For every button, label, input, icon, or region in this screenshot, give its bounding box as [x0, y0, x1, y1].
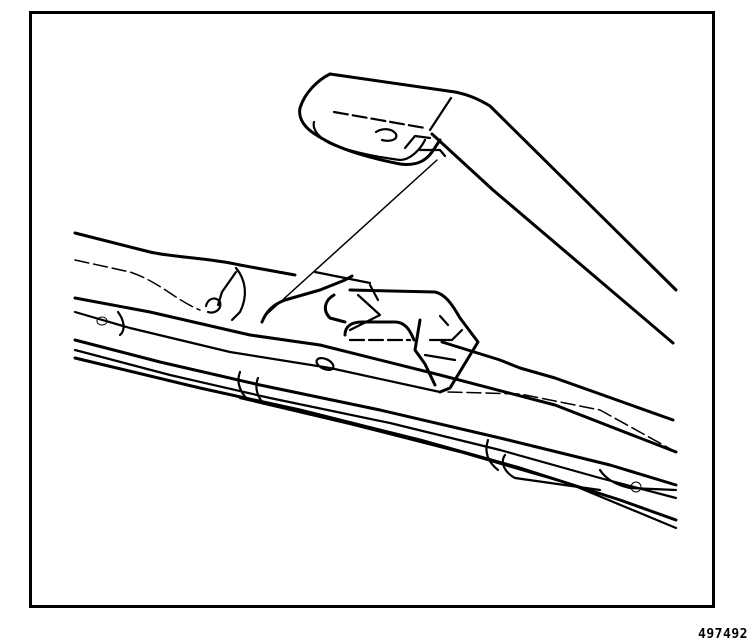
wiper-blade — [75, 233, 676, 528]
figure-number: 497492 — [698, 627, 748, 642]
pin-slot — [315, 356, 336, 373]
wiper-diagram: 497492 — [0, 0, 752, 642]
wiper-line-drawing — [0, 0, 752, 642]
wiper-arm — [300, 74, 676, 343]
